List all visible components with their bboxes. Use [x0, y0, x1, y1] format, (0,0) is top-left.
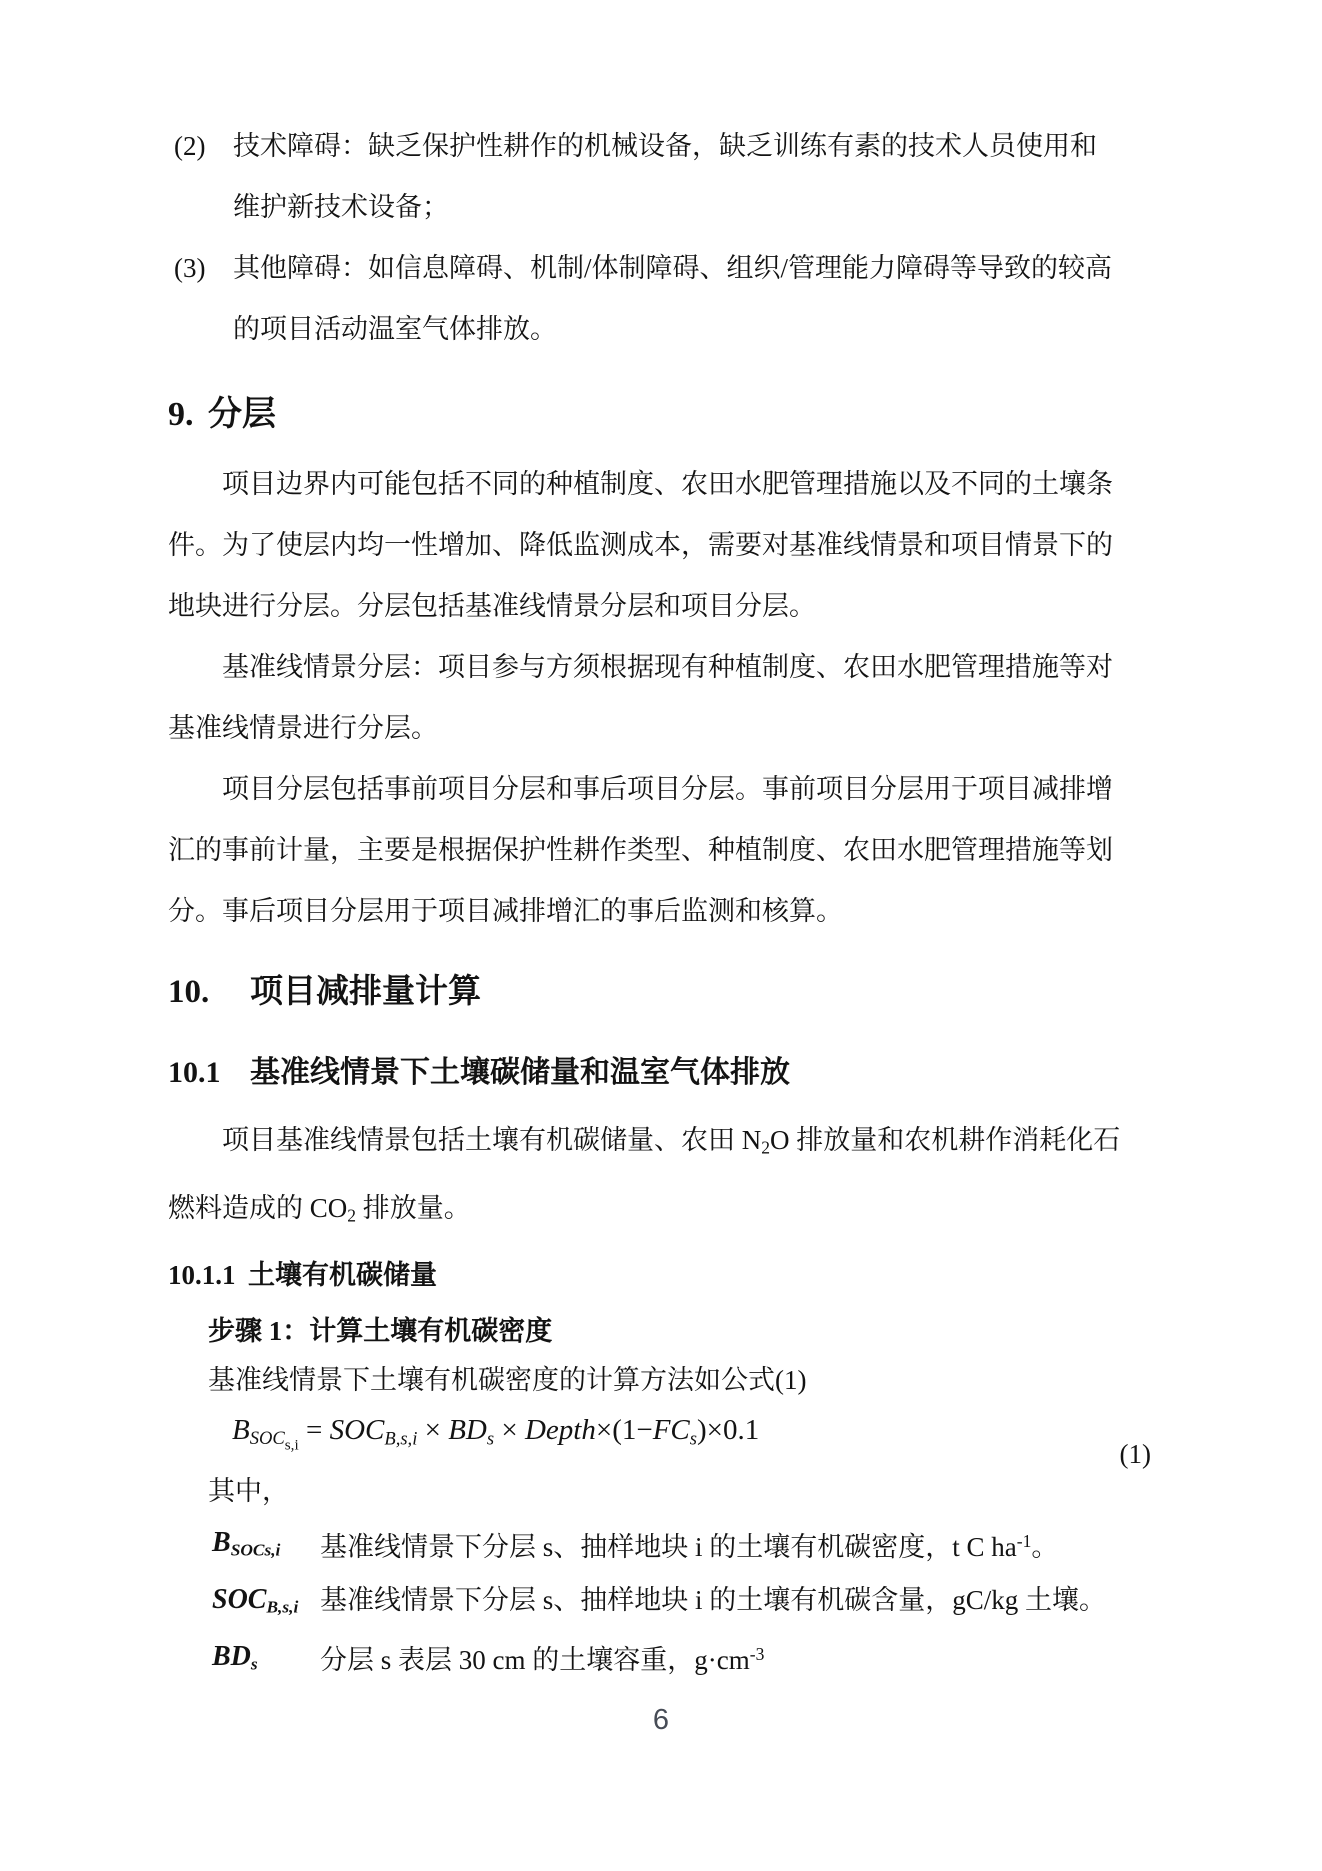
- step-heading: 步骤 1：计算土壤有机碳密度: [168, 1309, 1155, 1353]
- variable-base: B: [212, 1527, 231, 1558]
- heading-title: 基准线情景下土壤碳储量和温室气体排放: [250, 1050, 790, 1096]
- heading-title: 分层: [208, 390, 276, 440]
- heading-number: 10.1: [168, 1050, 250, 1096]
- formula-equals: =: [299, 1414, 330, 1446]
- paragraph: 基准线情景分层：项目参与方须根据现有种植制度、农田水肥管理措施等对 基准线情景进…: [168, 637, 1155, 759]
- formula-expression: BSOCs,i = SOCB,s,i × BDs × Depth×(1−FCs)…: [232, 1414, 759, 1446]
- paragraph-line: 基准线情景进行分层。: [168, 698, 1155, 759]
- variable-definition: 基准线情景下分层 s、抽样地块 i 的土壤有机碳含量，gC/kg 土壤。: [320, 1576, 1155, 1624]
- variable-term: SOCB,s,i: [168, 1584, 320, 1617]
- paragraph-line: 项目基准线情景包括土壤有机碳储量、农田 N2O 排放量和农机耕作消耗化石: [168, 1110, 1155, 1178]
- formula-term: SOC: [330, 1414, 385, 1446]
- formula-term: Depth: [525, 1414, 596, 1446]
- variable-base: BD: [212, 1641, 251, 1672]
- list-item-text: 其他障碍：如信息障碍、机制/体制障碍、组织/管理能力障碍等导致的较高 的项目活动…: [233, 238, 1155, 360]
- paragraph: 项目边界内可能包括不同的种植制度、农田水肥管理措施以及不同的土壤条 件。为了使层…: [168, 454, 1155, 637]
- variable-term: BDs: [168, 1641, 320, 1674]
- paragraph-line: 项目分层包括事前项目分层和事后项目分层。事前项目分层用于项目减排增: [168, 759, 1155, 820]
- paragraph-line: 燃料造成的 CO2 排放量。: [168, 1178, 1155, 1246]
- paragraph-line: 地块进行分层。分层包括基准线情景分层和项目分层。: [168, 576, 1155, 637]
- equation-number: (1): [1120, 1429, 1151, 1479]
- document-page: (2) 技术障碍：缺乏保护性耕作的机械设备，缺乏训练有素的技术人员使用和 维护新…: [0, 0, 1322, 1871]
- formula-term-sub: s: [690, 1428, 697, 1449]
- where-label: 其中，: [168, 1471, 1155, 1511]
- list-item-text: 技术障碍：缺乏保护性耕作的机械设备，缺乏训练有素的技术人员使用和 维护新技术设备…: [233, 116, 1155, 238]
- variable-sub: B,s,i: [266, 1597, 298, 1616]
- variable-base: SOC: [212, 1584, 266, 1615]
- paragraph-line: 汇的事前计量，主要是根据保护性耕作类型、种植制度、农田水肥管理措施等划: [168, 820, 1155, 881]
- variable-term: BSOCs,i: [168, 1527, 320, 1560]
- page-number: 6: [0, 1704, 1322, 1737]
- formula-open-paren: (1−: [612, 1414, 653, 1446]
- formula-lhs-base: B: [232, 1414, 250, 1446]
- formula-term: BD: [448, 1414, 487, 1446]
- formula-times: ×: [417, 1414, 448, 1446]
- list-item: (2) 技术障碍：缺乏保护性耕作的机械设备，缺乏训练有素的技术人员使用和 维护新…: [168, 116, 1155, 238]
- variable-sub: SOCs,i: [231, 1540, 281, 1559]
- formula-term: FC: [653, 1414, 690, 1446]
- formula-times: ×: [707, 1414, 723, 1446]
- heading-title: 土壤有机碳储量: [248, 1253, 437, 1297]
- section-heading-10-1-1: 10.1.1 土壤有机碳储量: [168, 1253, 1155, 1297]
- formula-lhs-sub: SOC: [250, 1428, 285, 1449]
- formula: BSOCs,i = SOCB,s,i × BDs × Depth×(1−FCs)…: [168, 1405, 1155, 1471]
- heading-number: 9.: [168, 390, 208, 440]
- paragraph-line: 项目边界内可能包括不同的种植制度、农田水肥管理措施以及不同的土壤条: [168, 454, 1155, 515]
- paragraph-line: 件。为了使层内均一性增加、降低监测成本，需要对基准线情景和项目情景下的: [168, 515, 1155, 576]
- paragraph: 项目分层包括事前项目分层和事后项目分层。事前项目分层用于项目减排增 汇的事前计量…: [168, 759, 1155, 942]
- heading-number: 10.: [168, 966, 250, 1018]
- variable-row: BDs 分层 s 表层 30 cm 的土壤容重，g·cm-3: [168, 1630, 1155, 1684]
- list-item-line: 技术障碍：缺乏保护性耕作的机械设备，缺乏训练有素的技术人员使用和: [233, 116, 1155, 177]
- paragraph-line: 分。事后项目分层用于项目减排增汇的事后监测和核算。: [168, 881, 1155, 942]
- paragraph-line: 基准线情景分层：项目参与方须根据现有种植制度、农田水肥管理措施等对: [168, 637, 1155, 698]
- variable-row: BSOCs,i 基准线情景下分层 s、抽样地块 i 的土壤有机碳密度，t C h…: [168, 1517, 1155, 1571]
- list-item-line: 的项目活动温室气体排放。: [233, 299, 1155, 360]
- formula-term-sub: B,s,i: [384, 1428, 417, 1449]
- formula-times: ×: [596, 1414, 612, 1446]
- formula-lhs-subsub: s,i: [285, 1437, 299, 1454]
- section-heading-9: 9. 分层: [168, 390, 1155, 440]
- variable-sub: s: [251, 1654, 258, 1673]
- section-heading-10-1: 10.1 基准线情景下土壤碳储量和温室气体排放: [168, 1050, 1155, 1096]
- variable-row: SOCB,s,i 基准线情景下分层 s、抽样地块 i 的土壤有机碳含量，gC/k…: [168, 1576, 1155, 1624]
- section-heading-10: 10. 项目减排量计算: [168, 966, 1155, 1018]
- equation-intro: 基准线情景下土壤有机碳密度的计算方法如公式(1): [168, 1357, 1155, 1403]
- heading-number: 10.1.1: [168, 1253, 248, 1297]
- list-item-line: 维护新技术设备；: [233, 177, 1155, 238]
- list-item-number: (3): [168, 238, 233, 360]
- formula-close-paren: ): [697, 1414, 707, 1446]
- page-content: (2) 技术障碍：缺乏保护性耕作的机械设备，缺乏训练有素的技术人员使用和 维护新…: [168, 116, 1155, 1684]
- formula-factor: 0.1: [723, 1414, 759, 1446]
- list-item-number: (2): [168, 116, 233, 238]
- paragraph: 项目基准线情景包括土壤有机碳储量、农田 N2O 排放量和农机耕作消耗化石 燃料造…: [168, 1110, 1155, 1247]
- heading-title: 项目减排量计算: [250, 966, 481, 1018]
- variable-definition: 基准线情景下分层 s、抽样地块 i 的土壤有机碳密度，t C ha-1。: [320, 1517, 1155, 1571]
- variable-definition: 分层 s 表层 30 cm 的土壤容重，g·cm-3: [320, 1630, 1155, 1684]
- list-item-line: 其他障碍：如信息障碍、机制/体制障碍、组织/管理能力障碍等导致的较高: [233, 238, 1155, 299]
- formula-times: ×: [494, 1414, 525, 1446]
- list-item: (3) 其他障碍：如信息障碍、机制/体制障碍、组织/管理能力障碍等导致的较高 的…: [168, 238, 1155, 360]
